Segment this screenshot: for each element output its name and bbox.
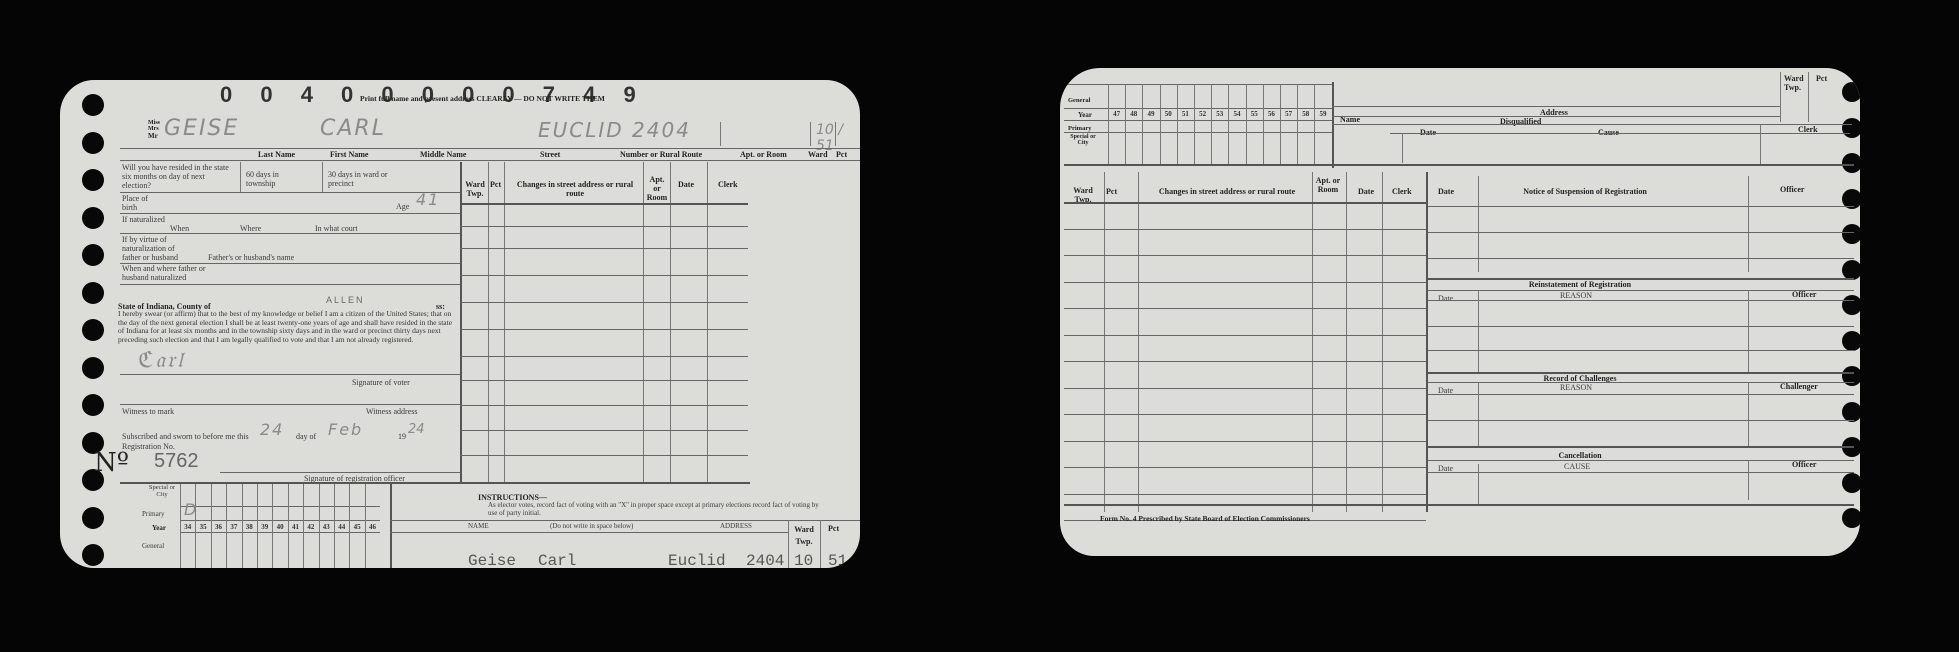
punch-hole-icon — [1842, 366, 1860, 386]
handwritten-county: ALLEN — [326, 296, 365, 305]
cancellation-title: Cancellation — [1480, 451, 1680, 460]
front-col-clerk: Clerk — [718, 180, 738, 189]
year-cell: 40 — [272, 523, 287, 531]
table-row-line — [1064, 361, 1426, 362]
reinstatement-title: Reinstatement of Registration — [1480, 280, 1680, 289]
handwritten-age: 41 — [416, 190, 440, 209]
front-col-pct: Pct — [490, 180, 501, 189]
residency-township: 60 days in township — [246, 170, 306, 188]
typed-number: 2404 — [746, 552, 784, 568]
label-last-name: Last Name — [258, 150, 295, 159]
punch-hole-icon — [1842, 508, 1860, 528]
label-pct: Pct — [836, 150, 847, 159]
label-fathers-name: Father's or husband's name — [208, 253, 294, 262]
front-col-ward-twp: Ward Twp. — [464, 180, 486, 198]
year-cell: 47 — [1108, 110, 1125, 118]
front-col-changes: Changes in street address or rural route — [508, 180, 642, 198]
cancellation-col-officer: Officer — [1792, 460, 1816, 469]
typed-pct: 51 — [828, 552, 847, 568]
label-day-of: day of — [296, 432, 316, 441]
label-number-rural-route: Number or Rural Route — [620, 150, 702, 159]
handwritten-first-name: CARL — [320, 116, 386, 141]
label-signature-voter: Signature of voter — [352, 378, 410, 387]
table-row-line — [1064, 388, 1426, 389]
label-where: Where — [240, 224, 261, 233]
table-row-line — [1064, 202, 1426, 204]
year-cell: 36 — [211, 523, 226, 531]
back-ward-label: Ward Twp. — [1784, 74, 1806, 92]
front-col-apt-room: Apt. or Room — [645, 175, 669, 202]
year-cell: 38 — [242, 523, 257, 531]
grid-label-year: Year — [152, 524, 166, 533]
handwritten-day: 24 — [260, 420, 284, 439]
suspension-col-officer: Officer — [1780, 185, 1804, 194]
suspension-col-date: Date — [1438, 187, 1454, 196]
strip-address-label: ADDRESS — [720, 522, 752, 531]
grid-label-special-city: Special or City — [144, 484, 180, 498]
year-cell: 55 — [1246, 110, 1263, 118]
punch-hole-icon — [1842, 295, 1860, 315]
strip-pct-label: Pct — [828, 524, 839, 533]
punch-hole-icon — [1842, 402, 1860, 422]
year-cell: 56 — [1263, 110, 1280, 118]
label-middle-name: Middle Name — [420, 150, 466, 159]
back-col-pct: Pct — [1106, 187, 1117, 196]
label-witness-mark: Witness to mark — [122, 407, 174, 416]
voter-signature: ℭ𝔞𝔯𝔩 — [138, 348, 184, 373]
label-age: Age — [396, 202, 409, 211]
title-prefix-mr: Mr — [148, 133, 158, 140]
year-cell: 54 — [1228, 110, 1245, 118]
punch-hole-icon — [82, 507, 104, 529]
grid-label-primary: Primary — [142, 510, 165, 519]
back-col-apt-room: Apt. or Room — [1314, 176, 1342, 194]
punch-holes — [82, 94, 104, 566]
front-col-date: Date — [678, 180, 694, 189]
table-row-line — [1064, 255, 1426, 256]
residency-ward: 30 days in ward or precinct — [328, 170, 398, 188]
back-col-clerk: Clerk — [1392, 187, 1412, 196]
year-cell: 51 — [1177, 110, 1194, 118]
instructions-text: As elector votes, record fact of voting … — [488, 501, 828, 517]
year-cell: 57 — [1280, 110, 1297, 118]
year-cell: 34 — [180, 523, 195, 531]
table-row-line — [1064, 467, 1426, 468]
back-col-changes: Changes in street address or rural route — [1144, 187, 1310, 196]
punch-hole-icon — [82, 207, 104, 229]
typed-first-name: Carl — [538, 552, 576, 568]
back-grid-label-year: Year — [1078, 111, 1092, 120]
oath-text: I hereby swear (or affirm) that to the b… — [118, 310, 458, 344]
label-ward: Ward — [808, 150, 828, 159]
year-cell: 48 — [1125, 110, 1142, 118]
back-grid-label-general: General — [1068, 96, 1090, 105]
form-footer: Form No. 4 Prescribed by State Board of … — [1100, 514, 1310, 523]
voter-registration-card-back: General Year Primary Special or City 474… — [1060, 68, 1860, 556]
strip-do-not-write: (Do not write in space below) — [550, 522, 633, 531]
label-where-father-naturalized: When and where father or husband natural… — [122, 264, 222, 282]
punch-holes — [1842, 82, 1860, 528]
primary-party-mark: D — [184, 500, 196, 519]
year-cell: 37 — [226, 523, 241, 531]
punch-hole-icon — [82, 94, 104, 116]
punch-hole-icon — [82, 544, 104, 566]
handwritten-last-name: GEISE — [164, 116, 239, 141]
handwritten-street-address: EUCLID 2404 — [538, 118, 691, 142]
reinstatement-col-reason: REASON — [1560, 291, 1592, 300]
strip-name-label: NAME — [468, 522, 489, 531]
punch-hole-icon — [1842, 153, 1860, 173]
subscribed-text: Subscribed and sworn to before me this — [122, 432, 249, 441]
year-cell: 39 — [257, 523, 272, 531]
back-col-date: Date — [1358, 187, 1374, 196]
handwritten-year: 24 — [408, 422, 425, 437]
table-row-line — [1064, 494, 1426, 495]
back-pct-label: Pct — [1816, 74, 1827, 83]
challenges-col-reason: REASON — [1560, 383, 1592, 392]
punch-hole-icon — [1842, 82, 1860, 102]
label-when: When — [170, 224, 189, 233]
punch-hole-icon — [1842, 118, 1860, 138]
cancellation-col-cause: CAUSE — [1564, 462, 1590, 471]
year-cell: 58 — [1297, 110, 1314, 118]
label-first-name: First Name — [330, 150, 368, 159]
year-cell: 45 — [349, 523, 364, 531]
punch-hole-icon — [1842, 473, 1860, 493]
punch-hole-icon — [1842, 331, 1860, 351]
reinstatement-col-date: Date — [1438, 294, 1453, 303]
typed-last-name: Geise — [468, 552, 516, 568]
label-by-virtue: If by virtue of naturalization of father… — [122, 235, 192, 262]
punch-hole-icon — [82, 357, 104, 379]
back-grid-label-special: Special or City — [1068, 134, 1098, 146]
punch-hole-icon — [82, 282, 104, 304]
header-instruction: Print full name and present address CLEA… — [360, 94, 605, 103]
table-row-line — [1064, 229, 1426, 230]
table-row-line — [1064, 441, 1426, 442]
year-cell: 49 — [1142, 110, 1159, 118]
challenges-col-challenger: Challenger — [1780, 382, 1818, 391]
typed-ward: 10 — [794, 552, 813, 568]
punch-hole-icon — [1842, 260, 1860, 280]
punch-hole-icon — [1842, 224, 1860, 244]
label-year-prefix: 19 — [398, 432, 406, 441]
handwritten-month: Feb — [328, 420, 363, 439]
table-row-line — [1064, 414, 1426, 415]
year-cell: 52 — [1194, 110, 1211, 118]
punch-hole-icon — [82, 319, 104, 341]
label-street: Street — [540, 150, 560, 159]
year-cell: 35 — [195, 523, 210, 531]
no-symbol: Nº — [94, 448, 129, 478]
suspension-col-notice: Notice of Suspension of Registration — [1480, 187, 1690, 196]
year-cell: 44 — [334, 523, 349, 531]
punch-hole-icon — [82, 394, 104, 416]
table-row-line — [1064, 282, 1426, 283]
year-cell: 42 — [303, 523, 318, 531]
label-apt-room: Apt. or Room — [740, 150, 787, 159]
year-cell: 46 — [365, 523, 380, 531]
reinstatement-col-officer: Officer — [1792, 290, 1816, 299]
typed-street: Euclid — [668, 552, 726, 568]
year-cell: 43 — [319, 523, 334, 531]
strip-ward-label: Ward Twp. — [792, 524, 816, 548]
year-cell: 41 — [288, 523, 303, 531]
year-cell: 50 — [1160, 110, 1177, 118]
label-if-naturalized: If naturalized — [122, 215, 172, 224]
voter-registration-card-front: 0 0 4 0 0 0 0 0 7 4 9 Print full name an… — [60, 80, 860, 568]
grid-label-general: General — [142, 542, 164, 551]
table-row-line — [1064, 335, 1426, 336]
label-witness-address: Witness address — [366, 407, 417, 416]
registration-number: 5762 — [154, 450, 199, 473]
punch-hole-icon — [82, 244, 104, 266]
punch-hole-icon — [82, 132, 104, 154]
punch-hole-icon — [82, 169, 104, 191]
year-cell: 59 — [1314, 110, 1331, 118]
residency-question: Will you have resided in the state six m… — [122, 163, 232, 190]
year-cell: 53 — [1211, 110, 1228, 118]
label-place-of-birth: Place of birth — [122, 194, 162, 212]
label-in-what-court: In what court — [315, 224, 358, 233]
table-row-line — [1064, 308, 1426, 309]
